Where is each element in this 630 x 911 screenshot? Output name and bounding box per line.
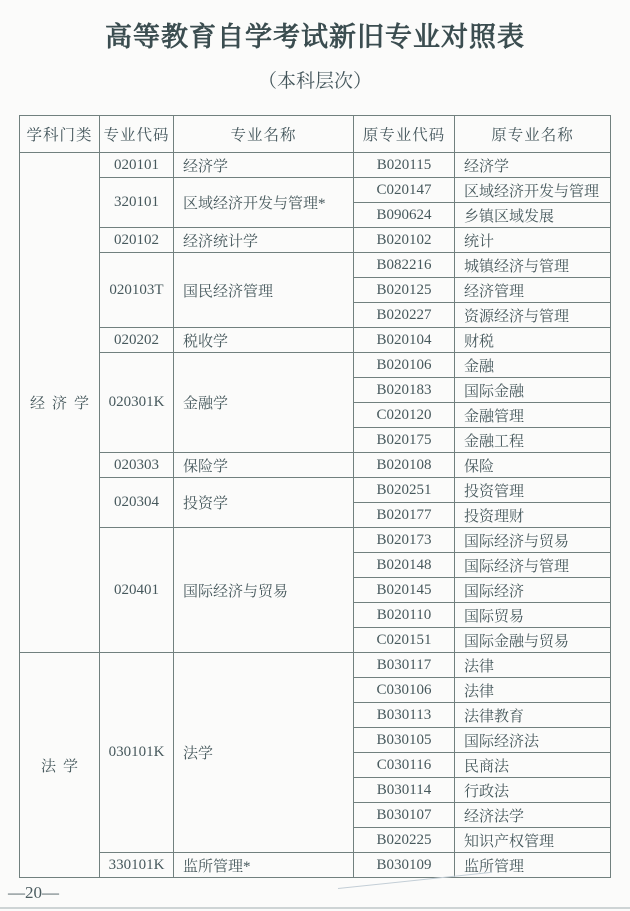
category-cell: 法学	[20, 653, 100, 878]
old-major-code-cell: B020106	[354, 353, 455, 378]
old-major-code-cell: C030106	[354, 678, 455, 703]
old-major-code-cell: B020104	[354, 328, 455, 353]
old-major-code-cell: C020151	[354, 628, 455, 653]
document-page: 高等教育自学考试新旧专业对照表 （本科层次） 学科门类专业代码专业名称原专业代码…	[0, 0, 630, 93]
old-major-code-cell: C020120	[354, 403, 455, 428]
old-major-name-cell: 区域经济开发与管理	[455, 178, 611, 203]
major-name-cell: 国际经济与贸易	[174, 528, 354, 653]
old-major-code-cell: B030117	[354, 653, 455, 678]
old-major-code-cell: B090624	[354, 203, 455, 228]
major-code-cell: 020301K	[100, 353, 174, 453]
header-row: 学科门类专业代码专业名称原专业代码原专业名称	[20, 116, 611, 153]
old-major-code-cell: B082216	[354, 253, 455, 278]
old-major-name-cell: 国际金融与贸易	[455, 628, 611, 653]
old-major-code-cell: B030105	[354, 728, 455, 753]
major-name-cell: 监所管理*	[174, 853, 354, 878]
table-row: 320101区域经济开发与管理*C020147区域经济开发与管理	[20, 178, 611, 203]
old-major-code-cell: B020225	[354, 828, 455, 853]
page-number: —20—	[8, 883, 59, 903]
table-row: 法学030101K法学B030117法律	[20, 653, 611, 678]
old-major-name-cell: 经济法学	[455, 803, 611, 828]
old-major-code-cell: B020177	[354, 503, 455, 528]
old-major-name-cell: 统计	[455, 228, 611, 253]
old-major-code-cell: B020183	[354, 378, 455, 403]
major-code-cell: 330101K	[100, 853, 174, 878]
old-major-name-cell: 国际经济与贸易	[455, 528, 611, 553]
old-major-name-cell: 城镇经济与管理	[455, 253, 611, 278]
major-name-cell: 金融学	[174, 353, 354, 453]
old-major-name-cell: 法律教育	[455, 703, 611, 728]
category-cell: 经济学	[20, 153, 100, 653]
old-major-name-cell: 国际经济	[455, 578, 611, 603]
table-row: 020202税收学B020104财税	[20, 328, 611, 353]
major-name-cell: 区域经济开发与管理*	[174, 178, 354, 228]
table-header: 学科门类专业代码专业名称原专业代码原专业名称	[20, 116, 611, 153]
old-major-code-cell: B020115	[354, 153, 455, 178]
old-major-code-cell: B020175	[354, 428, 455, 453]
table-row: 020303保险学B020108保险	[20, 453, 611, 478]
table-row: 020401国际经济与贸易B020173国际经济与贸易	[20, 528, 611, 553]
old-major-name-cell: 资源经济与管理	[455, 303, 611, 328]
page-subtitle: （本科层次）	[0, 66, 630, 93]
major-code-cell: 020401	[100, 528, 174, 653]
old-major-name-cell: 行政法	[455, 778, 611, 803]
major-code-cell: 020101	[100, 153, 174, 178]
major-code-cell: 020304	[100, 478, 174, 528]
old-major-code-cell: B030113	[354, 703, 455, 728]
old-major-code-cell: B030107	[354, 803, 455, 828]
old-major-name-cell: 民商法	[455, 753, 611, 778]
page-title: 高等教育自学考试新旧专业对照表	[0, 0, 630, 54]
table-row: 020301K金融学B020106金融	[20, 353, 611, 378]
old-major-code-cell: C020147	[354, 178, 455, 203]
table-row: 经济学020101经济学B020115经济学	[20, 153, 611, 178]
column-header: 专业名称	[174, 116, 354, 153]
old-major-name-cell: 国际贸易	[455, 603, 611, 628]
major-name-cell: 经济统计学	[174, 228, 354, 253]
column-header: 原专业名称	[455, 116, 611, 153]
major-name-cell: 保险学	[174, 453, 354, 478]
major-code-cell: 030101K	[100, 653, 174, 853]
column-header: 学科门类	[20, 116, 100, 153]
major-name-cell: 经济学	[174, 153, 354, 178]
old-major-name-cell: 财税	[455, 328, 611, 353]
old-major-name-cell: 经济学	[455, 153, 611, 178]
old-major-name-cell: 乡镇区域发展	[455, 203, 611, 228]
major-code-cell: 020102	[100, 228, 174, 253]
major-name-cell: 国民经济管理	[174, 253, 354, 328]
old-major-code-cell: B020251	[354, 478, 455, 503]
old-major-code-cell: C030116	[354, 753, 455, 778]
major-code-cell: 320101	[100, 178, 174, 228]
old-major-code-cell: B020148	[354, 553, 455, 578]
old-major-name-cell: 金融管理	[455, 403, 611, 428]
major-comparison-table: 学科门类专业代码专业名称原专业代码原专业名称 经济学020101经济学B0201…	[19, 115, 611, 878]
old-major-code-cell: B030114	[354, 778, 455, 803]
major-code-cell: 020303	[100, 453, 174, 478]
major-code-cell: 020202	[100, 328, 174, 353]
old-major-code-cell: B020108	[354, 453, 455, 478]
old-major-name-cell: 金融工程	[455, 428, 611, 453]
major-name-cell: 法学	[174, 653, 354, 853]
table-row: 020304投资学B020251投资管理	[20, 478, 611, 503]
old-major-name-cell: 保险	[455, 453, 611, 478]
major-code-cell: 020103T	[100, 253, 174, 328]
old-major-name-cell: 法律	[455, 678, 611, 703]
old-major-code-cell: B020102	[354, 228, 455, 253]
major-name-cell: 投资学	[174, 478, 354, 528]
old-major-code-cell: B020145	[354, 578, 455, 603]
table-row: 330101K监所管理*B030109监所管理	[20, 853, 611, 878]
old-major-code-cell: B020227	[354, 303, 455, 328]
old-major-code-cell: B020173	[354, 528, 455, 553]
old-major-name-cell: 国际经济法	[455, 728, 611, 753]
old-major-name-cell: 经济管理	[455, 278, 611, 303]
old-major-code-cell: B020110	[354, 603, 455, 628]
old-major-code-cell: B020125	[354, 278, 455, 303]
column-header: 原专业代码	[354, 116, 455, 153]
page-bottom-edge-line	[0, 907, 630, 909]
old-major-name-cell: 投资管理	[455, 478, 611, 503]
old-major-name-cell: 金融	[455, 353, 611, 378]
table-row: 020102经济统计学B020102统计	[20, 228, 611, 253]
old-major-name-cell: 法律	[455, 653, 611, 678]
major-name-cell: 税收学	[174, 328, 354, 353]
column-header: 专业代码	[100, 116, 174, 153]
table-row: 020103T国民经济管理B082216城镇经济与管理	[20, 253, 611, 278]
old-major-name-cell: 知识产权管理	[455, 828, 611, 853]
old-major-code-cell: B030109	[354, 853, 455, 878]
old-major-name-cell: 投资理财	[455, 503, 611, 528]
old-major-name-cell: 国际金融	[455, 378, 611, 403]
old-major-name-cell: 国际经济与管理	[455, 553, 611, 578]
